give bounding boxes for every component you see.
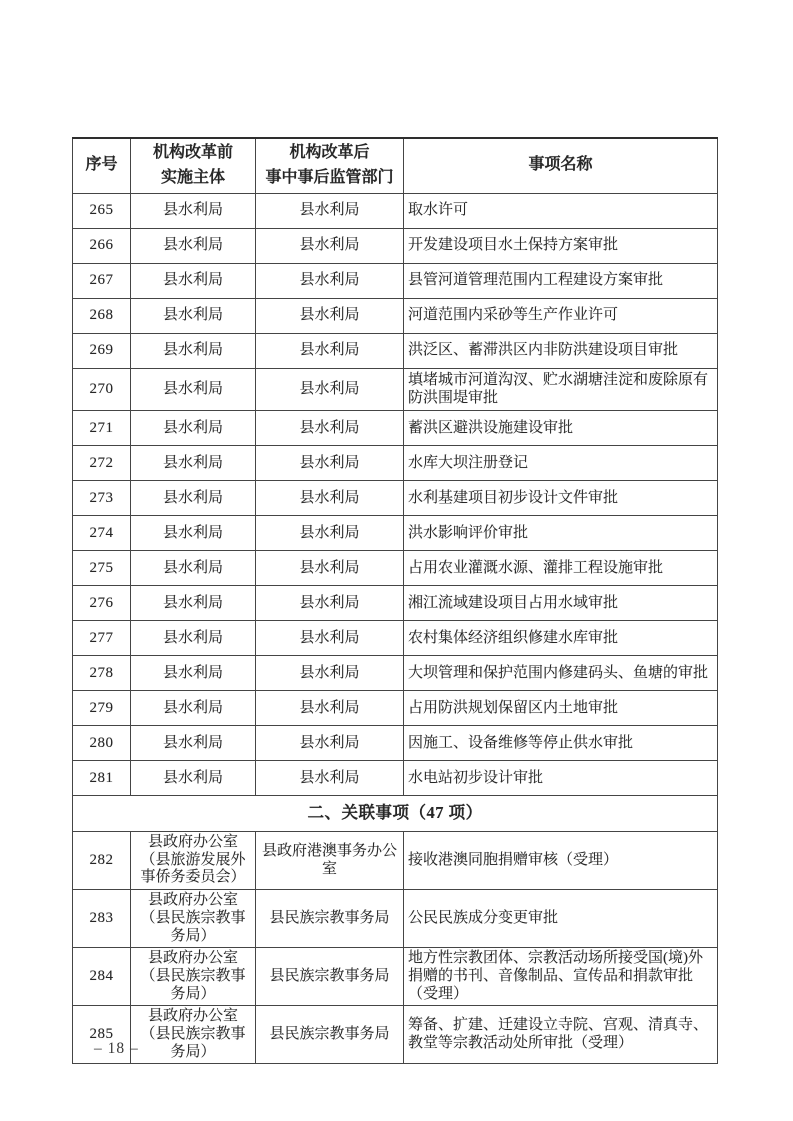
cell-seq-no: 281 [73, 761, 131, 796]
cell-item-name: 公民民族成分变更审批 [404, 890, 718, 948]
table-row: 278 县水利局 县水利局 大坝管理和保护范围内修建码头、鱼塘的审批 [73, 656, 718, 691]
cell-seq-no: 265 [73, 193, 131, 228]
cell-seq-no: 283 [73, 890, 131, 948]
cell-item-name: 农村集体经济组织修建水库审批 [404, 621, 718, 656]
cell-seq-no: 266 [73, 228, 131, 263]
cell-post-reform-dept: 县民族宗教事务局 [256, 948, 404, 1006]
header-post-reform-dept: 机构改革后 事中事后监管部门 [256, 138, 404, 193]
cell-seq-no: 268 [73, 298, 131, 333]
table-row: 281 县水利局 县水利局 水电站初步设计审批 [73, 761, 718, 796]
cell-pre-reform-body: 县政府办公室（县民族宗教事务局） [131, 948, 256, 1006]
cell-item-name: 接收港澳同胞捐赠审核（受理） [404, 832, 718, 890]
cell-pre-reform-body: 县水利局 [131, 228, 256, 263]
cell-pre-reform-body: 县水利局 [131, 411, 256, 446]
cell-item-name: 水利基建项目初步设计文件审批 [404, 481, 718, 516]
cell-pre-reform-body: 县政府办公室（县旅游发展外事侨务委员会） [131, 832, 256, 890]
cell-pre-reform-body: 县水利局 [131, 368, 256, 411]
cell-item-name: 县管河道管理范围内工程建设方案审批 [404, 263, 718, 298]
cell-post-reform-dept: 县水利局 [256, 228, 404, 263]
cell-seq-no: 270 [73, 368, 131, 411]
cell-post-reform-dept: 县民族宗教事务局 [256, 1006, 404, 1064]
cell-seq-no: 277 [73, 621, 131, 656]
cell-pre-reform-body: 县政府办公室（县民族宗教事务局） [131, 1006, 256, 1064]
header-seq-no: 序号 [73, 138, 131, 193]
cell-post-reform-dept: 县水利局 [256, 411, 404, 446]
cell-seq-no: 275 [73, 551, 131, 586]
cell-post-reform-dept: 县水利局 [256, 726, 404, 761]
cell-item-name: 填堵城市河道沟汊、贮水湖塘洼淀和废除原有防洪围堤审批 [404, 368, 718, 411]
cell-pre-reform-body: 县水利局 [131, 656, 256, 691]
cell-item-name: 洪水影响评价审批 [404, 516, 718, 551]
cell-pre-reform-body: 县水利局 [131, 586, 256, 621]
cell-pre-reform-body: 县水利局 [131, 516, 256, 551]
cell-item-name: 地方性宗教团体、宗教活动场所接受国(境)外捐赠的书刊、音像制品、宣传品和捐款审批… [404, 948, 718, 1006]
cell-item-name: 蓄洪区避洪设施建设审批 [404, 411, 718, 446]
cell-pre-reform-body: 县水利局 [131, 333, 256, 368]
cell-post-reform-dept: 县水利局 [256, 691, 404, 726]
cell-item-name: 开发建设项目水土保持方案审批 [404, 228, 718, 263]
cell-seq-no: 267 [73, 263, 131, 298]
cell-post-reform-dept: 县水利局 [256, 298, 404, 333]
cell-post-reform-dept: 县水利局 [256, 621, 404, 656]
cell-post-reform-dept: 县政府港澳事务办公室 [256, 832, 404, 890]
table-row: 268 县水利局 县水利局 河道范围内采砂等生产作业许可 [73, 298, 718, 333]
cell-seq-no: 278 [73, 656, 131, 691]
cell-pre-reform-body: 县水利局 [131, 691, 256, 726]
cell-seq-no: 272 [73, 446, 131, 481]
table-row: 269 县水利局 县水利局 洪泛区、蓄滞洪区内非防洪建设项目审批 [73, 333, 718, 368]
cell-seq-no: 284 [73, 948, 131, 1006]
cell-post-reform-dept: 县水利局 [256, 761, 404, 796]
table-row: 282 县政府办公室（县旅游发展外事侨务委员会） 县政府港澳事务办公室 接收港澳… [73, 832, 718, 890]
table-row: 266 县水利局 县水利局 开发建设项目水土保持方案审批 [73, 228, 718, 263]
table-row: 285 县政府办公室（县民族宗教事务局） 县民族宗教事务局 筹备、扩建、迁建设立… [73, 1006, 718, 1064]
cell-item-name: 因施工、设备维修等停止供水审批 [404, 726, 718, 761]
cell-item-name: 洪泛区、蓄滞洪区内非防洪建设项目审批 [404, 333, 718, 368]
table-row: 265 县水利局 县水利局 取水许可 [73, 193, 718, 228]
cell-post-reform-dept: 县民族宗教事务局 [256, 890, 404, 948]
cell-post-reform-dept: 县水利局 [256, 551, 404, 586]
cell-pre-reform-body: 县水利局 [131, 621, 256, 656]
cell-seq-no: 279 [73, 691, 131, 726]
cell-item-name: 水库大坝注册登记 [404, 446, 718, 481]
cell-seq-no: 271 [73, 411, 131, 446]
cell-post-reform-dept: 县水利局 [256, 333, 404, 368]
cell-pre-reform-body: 县政府办公室（县民族宗教事务局） [131, 890, 256, 948]
cell-pre-reform-body: 县水利局 [131, 298, 256, 333]
table-row: 277 县水利局 县水利局 农村集体经济组织修建水库审批 [73, 621, 718, 656]
cell-item-name: 取水许可 [404, 193, 718, 228]
section-title: 二、关联事项（47 项） [73, 796, 718, 832]
cell-pre-reform-body: 县水利局 [131, 193, 256, 228]
table-row: 283 县政府办公室（县民族宗教事务局） 县民族宗教事务局 公民民族成分变更审批 [73, 890, 718, 948]
table-row: 272 县水利局 县水利局 水库大坝注册登记 [73, 446, 718, 481]
cell-post-reform-dept: 县水利局 [256, 586, 404, 621]
cell-item-name: 河道范围内采砂等生产作业许可 [404, 298, 718, 333]
header-item-name: 事项名称 [404, 138, 718, 193]
cell-post-reform-dept: 县水利局 [256, 516, 404, 551]
table-header-row: 序号 机构改革前 实施主体 机构改革后 事中事后监管部门 事项名称 [73, 138, 718, 193]
cell-pre-reform-body: 县水利局 [131, 446, 256, 481]
table-row: 276 县水利局 县水利局 湘江流域建设项目占用水域审批 [73, 586, 718, 621]
cell-seq-no: 269 [73, 333, 131, 368]
section-header-row: 二、关联事项（47 项） [73, 796, 718, 832]
table-row: 270 县水利局 县水利局 填堵城市河道沟汊、贮水湖塘洼淀和废除原有防洪围堤审批 [73, 368, 718, 411]
page-number: – 18 – [94, 1040, 139, 1058]
cell-pre-reform-body: 县水利局 [131, 263, 256, 298]
reform-items-table: 序号 机构改革前 实施主体 机构改革后 事中事后监管部门 事项名称 265 县水… [72, 137, 718, 1064]
table-row: 279 县水利局 县水利局 占用防洪规划保留区内土地审批 [73, 691, 718, 726]
table-row: 274 县水利局 县水利局 洪水影响评价审批 [73, 516, 718, 551]
cell-item-name: 水电站初步设计审批 [404, 761, 718, 796]
cell-seq-no: 273 [73, 481, 131, 516]
cell-pre-reform-body: 县水利局 [131, 726, 256, 761]
cell-post-reform-dept: 县水利局 [256, 368, 404, 411]
table-row: 271 县水利局 县水利局 蓄洪区避洪设施建设审批 [73, 411, 718, 446]
cell-seq-no: 274 [73, 516, 131, 551]
cell-item-name: 湘江流域建设项目占用水域审批 [404, 586, 718, 621]
header-pre-reform-body: 机构改革前 实施主体 [131, 138, 256, 193]
cell-post-reform-dept: 县水利局 [256, 446, 404, 481]
cell-pre-reform-body: 县水利局 [131, 761, 256, 796]
cell-post-reform-dept: 县水利局 [256, 656, 404, 691]
cell-pre-reform-body: 县水利局 [131, 551, 256, 586]
table-row: 280 县水利局 县水利局 因施工、设备维修等停止供水审批 [73, 726, 718, 761]
cell-post-reform-dept: 县水利局 [256, 263, 404, 298]
table-row: 267 县水利局 县水利局 县管河道管理范围内工程建设方案审批 [73, 263, 718, 298]
cell-item-name: 筹备、扩建、迁建设立寺院、宫观、清真寺、教堂等宗教活动处所审批（受理） [404, 1006, 718, 1064]
document-page: 序号 机构改革前 实施主体 机构改革后 事中事后监管部门 事项名称 265 县水… [0, 0, 793, 1121]
table-row: 284 县政府办公室（县民族宗教事务局） 县民族宗教事务局 地方性宗教团体、宗教… [73, 948, 718, 1006]
cell-seq-no: 282 [73, 832, 131, 890]
cell-item-name: 大坝管理和保护范围内修建码头、鱼塘的审批 [404, 656, 718, 691]
cell-seq-no: 280 [73, 726, 131, 761]
cell-item-name: 占用农业灌溉水源、灌排工程设施审批 [404, 551, 718, 586]
cell-pre-reform-body: 县水利局 [131, 481, 256, 516]
cell-seq-no: 276 [73, 586, 131, 621]
table-row: 275 县水利局 县水利局 占用农业灌溉水源、灌排工程设施审批 [73, 551, 718, 586]
cell-post-reform-dept: 县水利局 [256, 193, 404, 228]
cell-item-name: 占用防洪规划保留区内土地审批 [404, 691, 718, 726]
cell-post-reform-dept: 县水利局 [256, 481, 404, 516]
table-row: 273 县水利局 县水利局 水利基建项目初步设计文件审批 [73, 481, 718, 516]
